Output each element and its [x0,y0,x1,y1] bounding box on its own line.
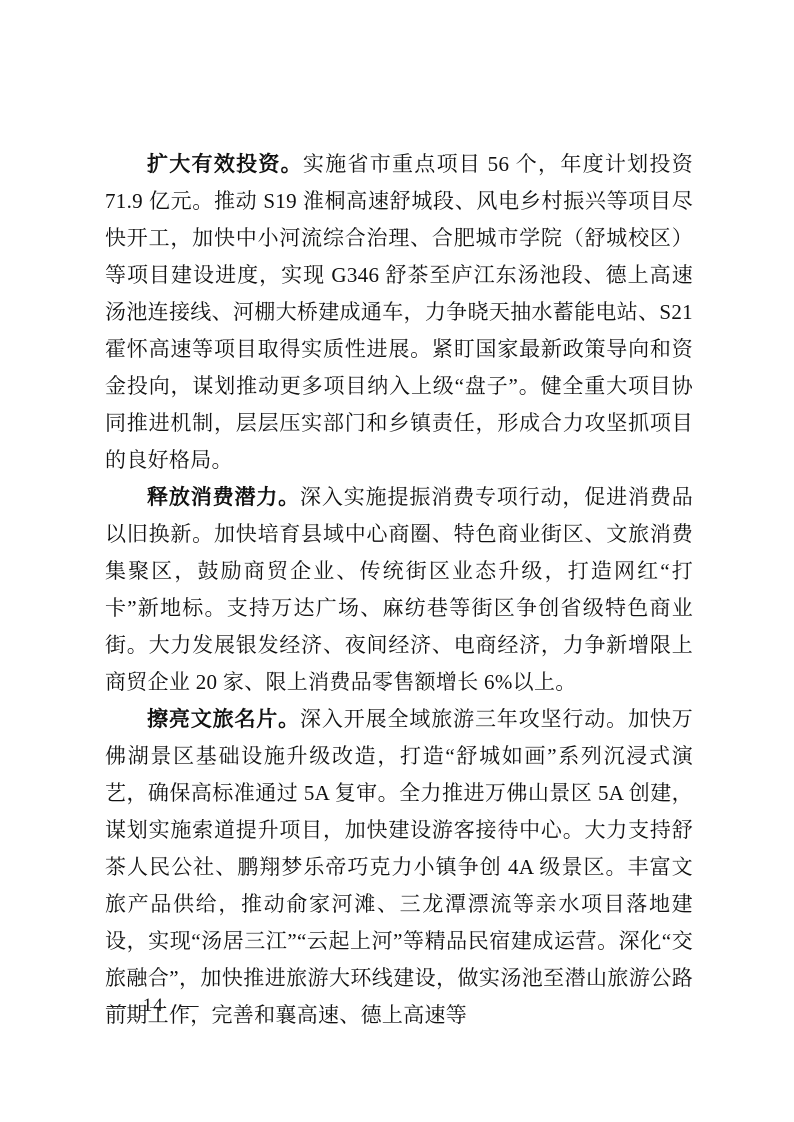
paragraph-investment-body: 实施省市重点项目 56 个，年度计划投资 71.9 亿元。推动 S19 淮桐高速… [105,152,693,472]
paragraph-tourism-body: 深入开展全域旅游三年攻坚行动。加快万佛湖景区基础设施升级改造，打造“舒城如画”系… [105,707,693,1027]
paragraph-investment-heading: 扩大有效投资。 [147,152,303,176]
document-page: 扩大有效投资。实施省市重点项目 56 个，年度计划投资 71.9 亿元。推动 S… [0,0,794,1122]
paragraph-consumption-heading: 释放消费潜力。 [147,485,300,509]
paragraph-consumption-body: 深入实施提振消费专项行动，促进消费品以旧换新。加快培育县域中心商圈、特色商业街区… [105,485,693,694]
paragraph-tourism: 擦亮文旅名片。深入开展全域旅游三年攻坚行动。加快万佛湖景区基础设施升级改造，打造… [105,701,693,1034]
page-number: — 14 — [107,992,200,1020]
paragraph-tourism-heading: 擦亮文旅名片。 [147,707,300,731]
page-content: 扩大有效投资。实施省市重点项目 56 个，年度计划投资 71.9 亿元。推动 S… [105,146,693,1034]
paragraph-investment: 扩大有效投资。实施省市重点项目 56 个，年度计划投资 71.9 亿元。推动 S… [105,146,693,479]
paragraph-consumption: 释放消费潜力。深入实施提振消费专项行动，促进消费品以旧换新。加快培育县域中心商圈… [105,479,693,701]
